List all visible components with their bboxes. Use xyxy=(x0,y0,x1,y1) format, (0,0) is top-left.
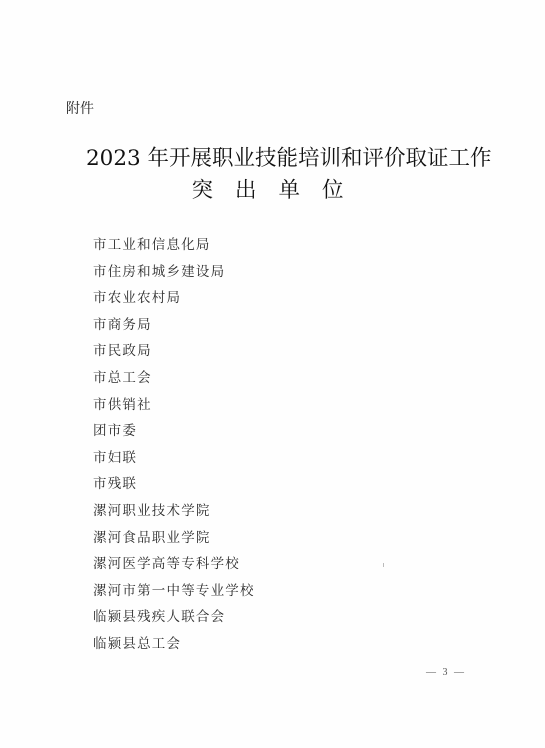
list-item: 市商务局 xyxy=(93,312,255,339)
list-item: 漯河市第一中等专业学校 xyxy=(93,578,255,605)
list-item: 漯河医学高等专科学校 xyxy=(93,551,255,578)
page-number: — 3 — xyxy=(426,667,466,678)
list-item: 市妇联 xyxy=(93,445,255,472)
list-item: 团市委 xyxy=(93,418,255,445)
list-item: 市民政局 xyxy=(93,338,255,365)
list-item: 市总工会 xyxy=(93,365,255,392)
list-item: 漯河食品职业学院 xyxy=(93,525,255,552)
list-item: 漯河职业技术学院 xyxy=(93,498,255,525)
document-title: 2023 年开展职业技能培训和评价取证工作 xyxy=(86,146,486,172)
document-subtitle: 突出单位 xyxy=(0,178,545,204)
scan-artifact xyxy=(383,563,384,567)
list-item: 市住房和城乡建设局 xyxy=(93,259,255,286)
attachment-label: 附件 xyxy=(66,98,94,118)
list-item: 临颍县残疾人联合会 xyxy=(93,604,255,631)
document-page: 附件 2023 年开展职业技能培训和评价取证工作 突出单位 市工业和信息化局 市… xyxy=(0,0,545,748)
list-item: 市供销社 xyxy=(93,392,255,419)
list-item: 市农业农村局 xyxy=(93,285,255,312)
unit-list: 市工业和信息化局 市住房和城乡建设局 市农业农村局 市商务局 市民政局 市总工会… xyxy=(93,232,255,658)
list-item: 市工业和信息化局 xyxy=(93,232,255,259)
list-item: 临颍县总工会 xyxy=(93,631,255,658)
list-item: 市残联 xyxy=(93,471,255,498)
